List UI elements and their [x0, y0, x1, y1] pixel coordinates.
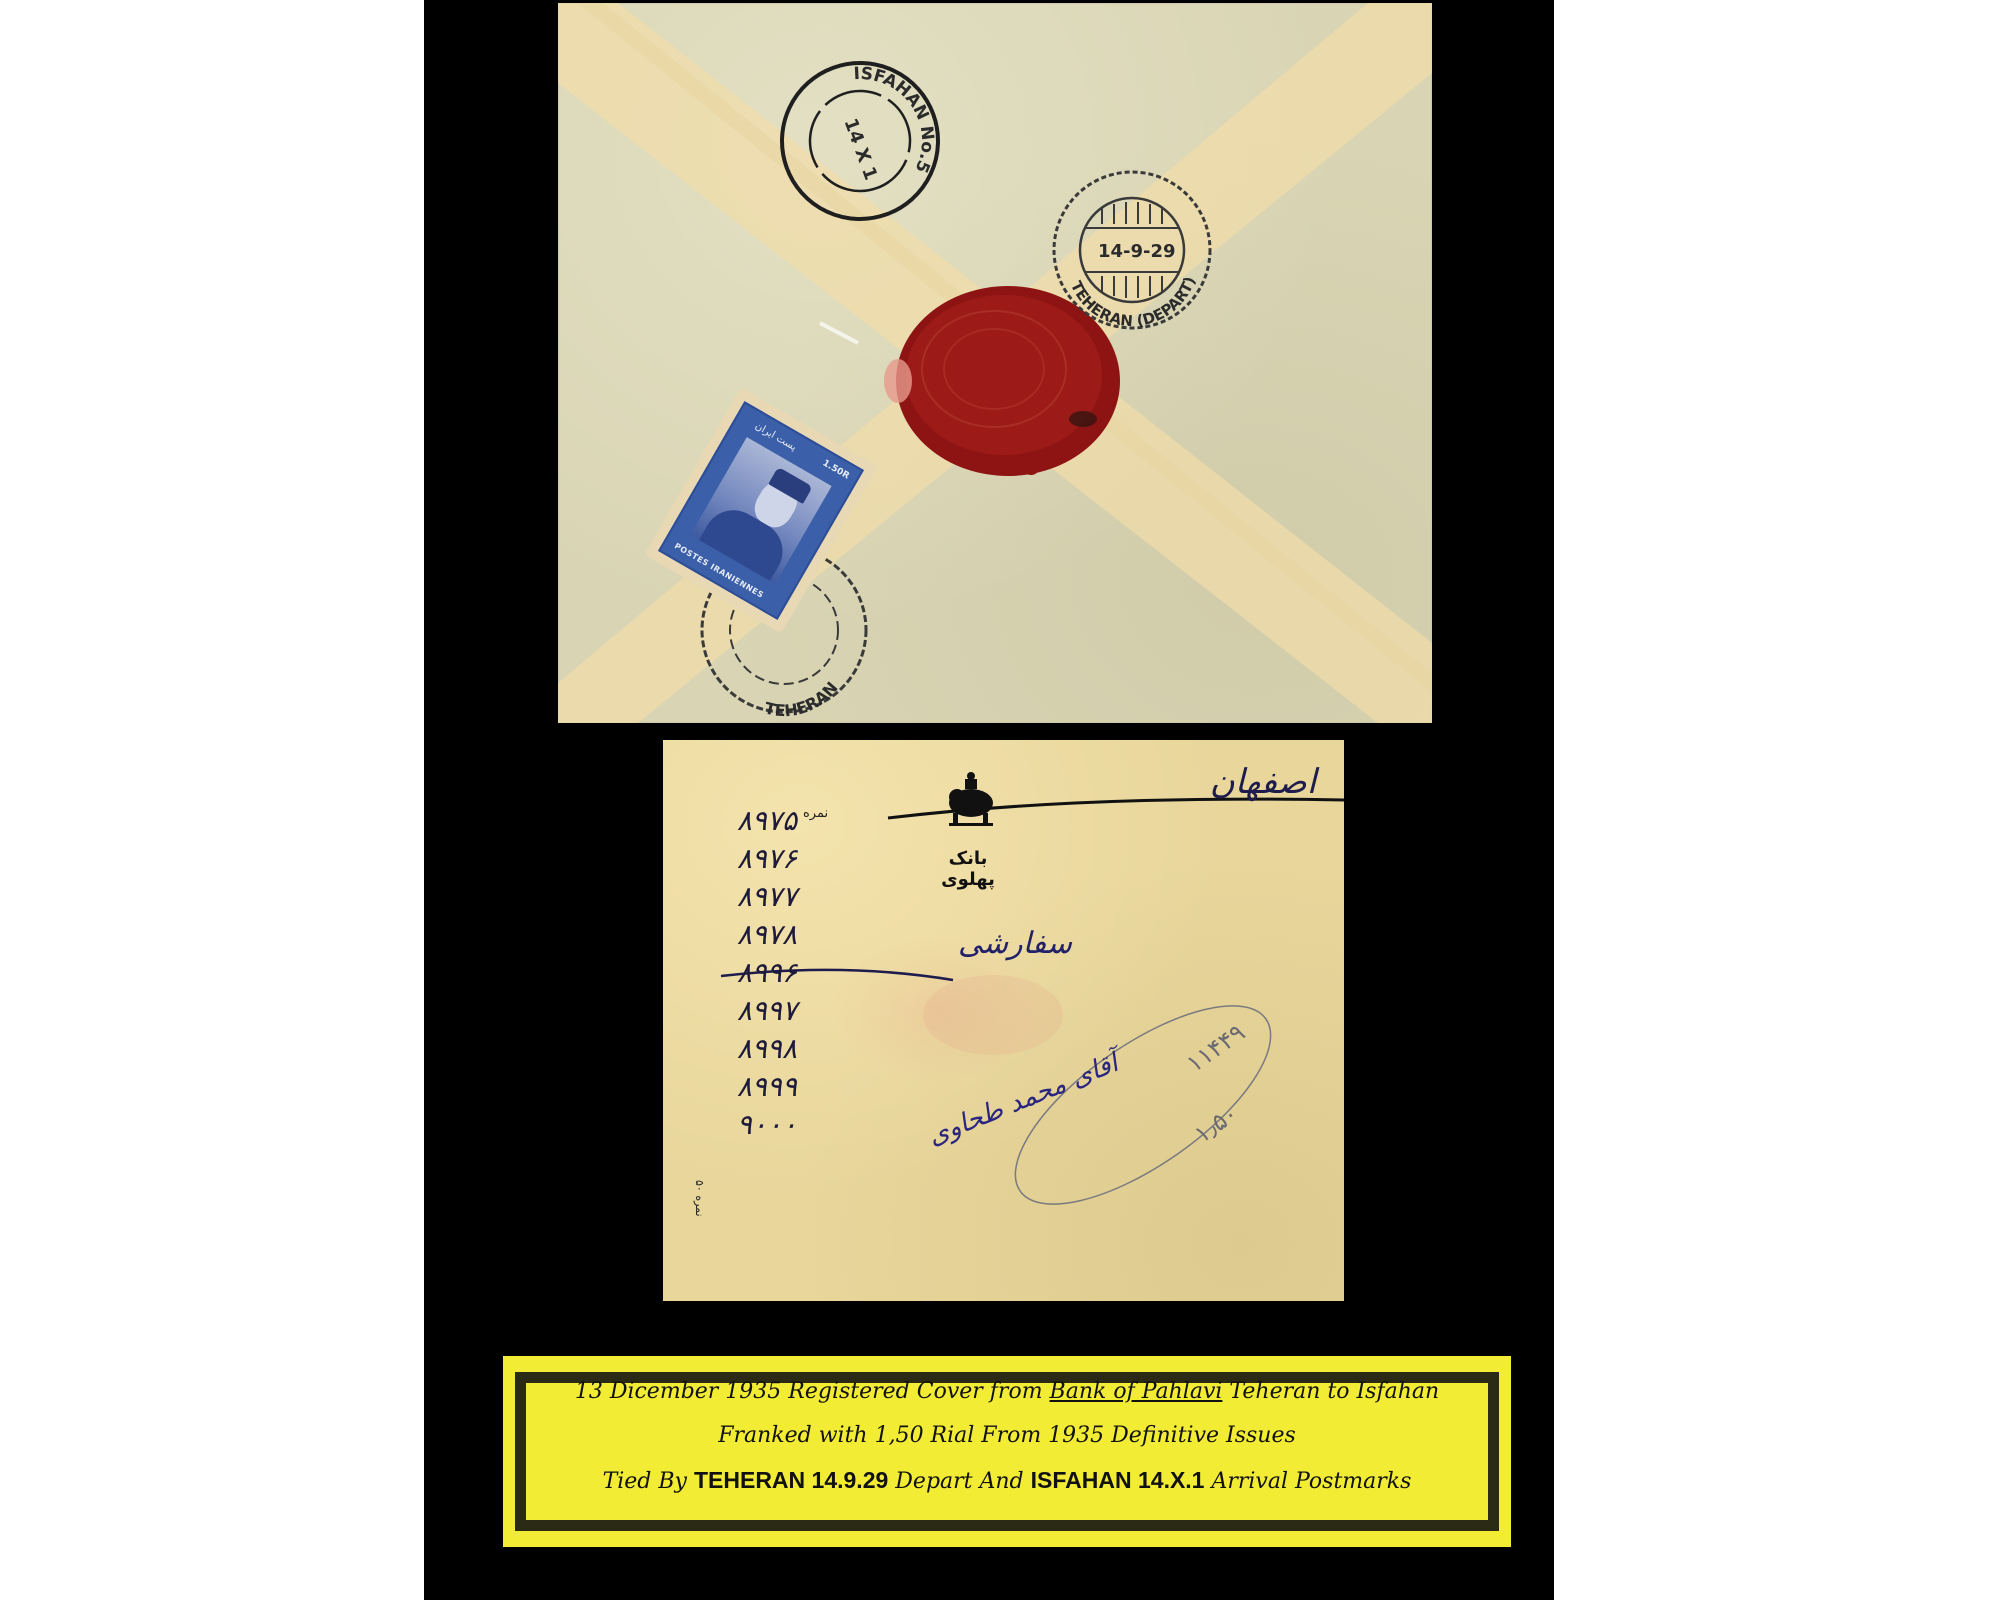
caption-line-3: Tied By TEHERAN 14.9.29 Depart And ISFAH…	[503, 1458, 1511, 1504]
lion-and-sun-emblem	[949, 772, 993, 826]
stamp-value: 1.50R	[821, 458, 851, 481]
bank-name: بانک پهلوی	[928, 848, 1008, 890]
serial-number-list: ۸۹۷۵ ۸۹۷۶ ۸۹۷۷ ۸۹۷۸ ۸۹۹۶ ۸۹۹۷ ۸۹۹۸ ۸۹۹۹ …	[717, 802, 797, 1144]
serial-number: ۸۹۹۷	[717, 992, 797, 1030]
serial-number: ۸۹۷۷	[717, 878, 797, 916]
envelope-reverse: 14 X 1 ISFAHAN No.5 14-9-29 TEHERAN (DEP…	[558, 3, 1432, 723]
serial-number: ۸۹۷۵	[717, 802, 797, 840]
exhibit-caption: 13 Dicember 1935 Registered Cover from B…	[503, 1356, 1511, 1547]
serial-number: ۸۹۹۶	[717, 954, 797, 992]
serial-label: نمره	[803, 806, 828, 821]
serial-number: ۸۹۷۸	[717, 916, 797, 954]
svg-text:14 X 1: 14 X 1	[840, 116, 882, 183]
caption-line-1: 13 Dicember 1935 Registered Cover from B…	[503, 1370, 1511, 1414]
serial-number: ۹۰۰۰	[717, 1106, 797, 1144]
caption-line-2: Franked with 1,50 Rial From 1935 Definit…	[503, 1414, 1511, 1458]
serial-number: ۸۹۹۹	[717, 1068, 797, 1106]
svg-text:14-9-29: 14-9-29	[1098, 241, 1176, 262]
serial-number: ۸۹۹۸	[717, 1030, 797, 1068]
serial-number: ۸۹۷۶	[717, 840, 797, 878]
bank-registered-cover-front: ۸۹۷۵ ۸۹۷۶ ۸۹۷۷ ۸۹۷۸ ۸۹۹۶ ۸۹۹۷ ۸۹۹۸ ۸۹۹۹ …	[663, 740, 1344, 1301]
form-code: نمره ۵۰	[693, 1180, 706, 1217]
destination: اصفهان	[1198, 762, 1328, 802]
svg-text:TEHERAN: TEHERAN	[763, 678, 842, 720]
envelope-flaps: 14 X 1 ISFAHAN No.5 14-9-29 TEHERAN (DEP…	[558, 3, 1432, 723]
registered-mark: سفارشی	[955, 926, 1075, 961]
